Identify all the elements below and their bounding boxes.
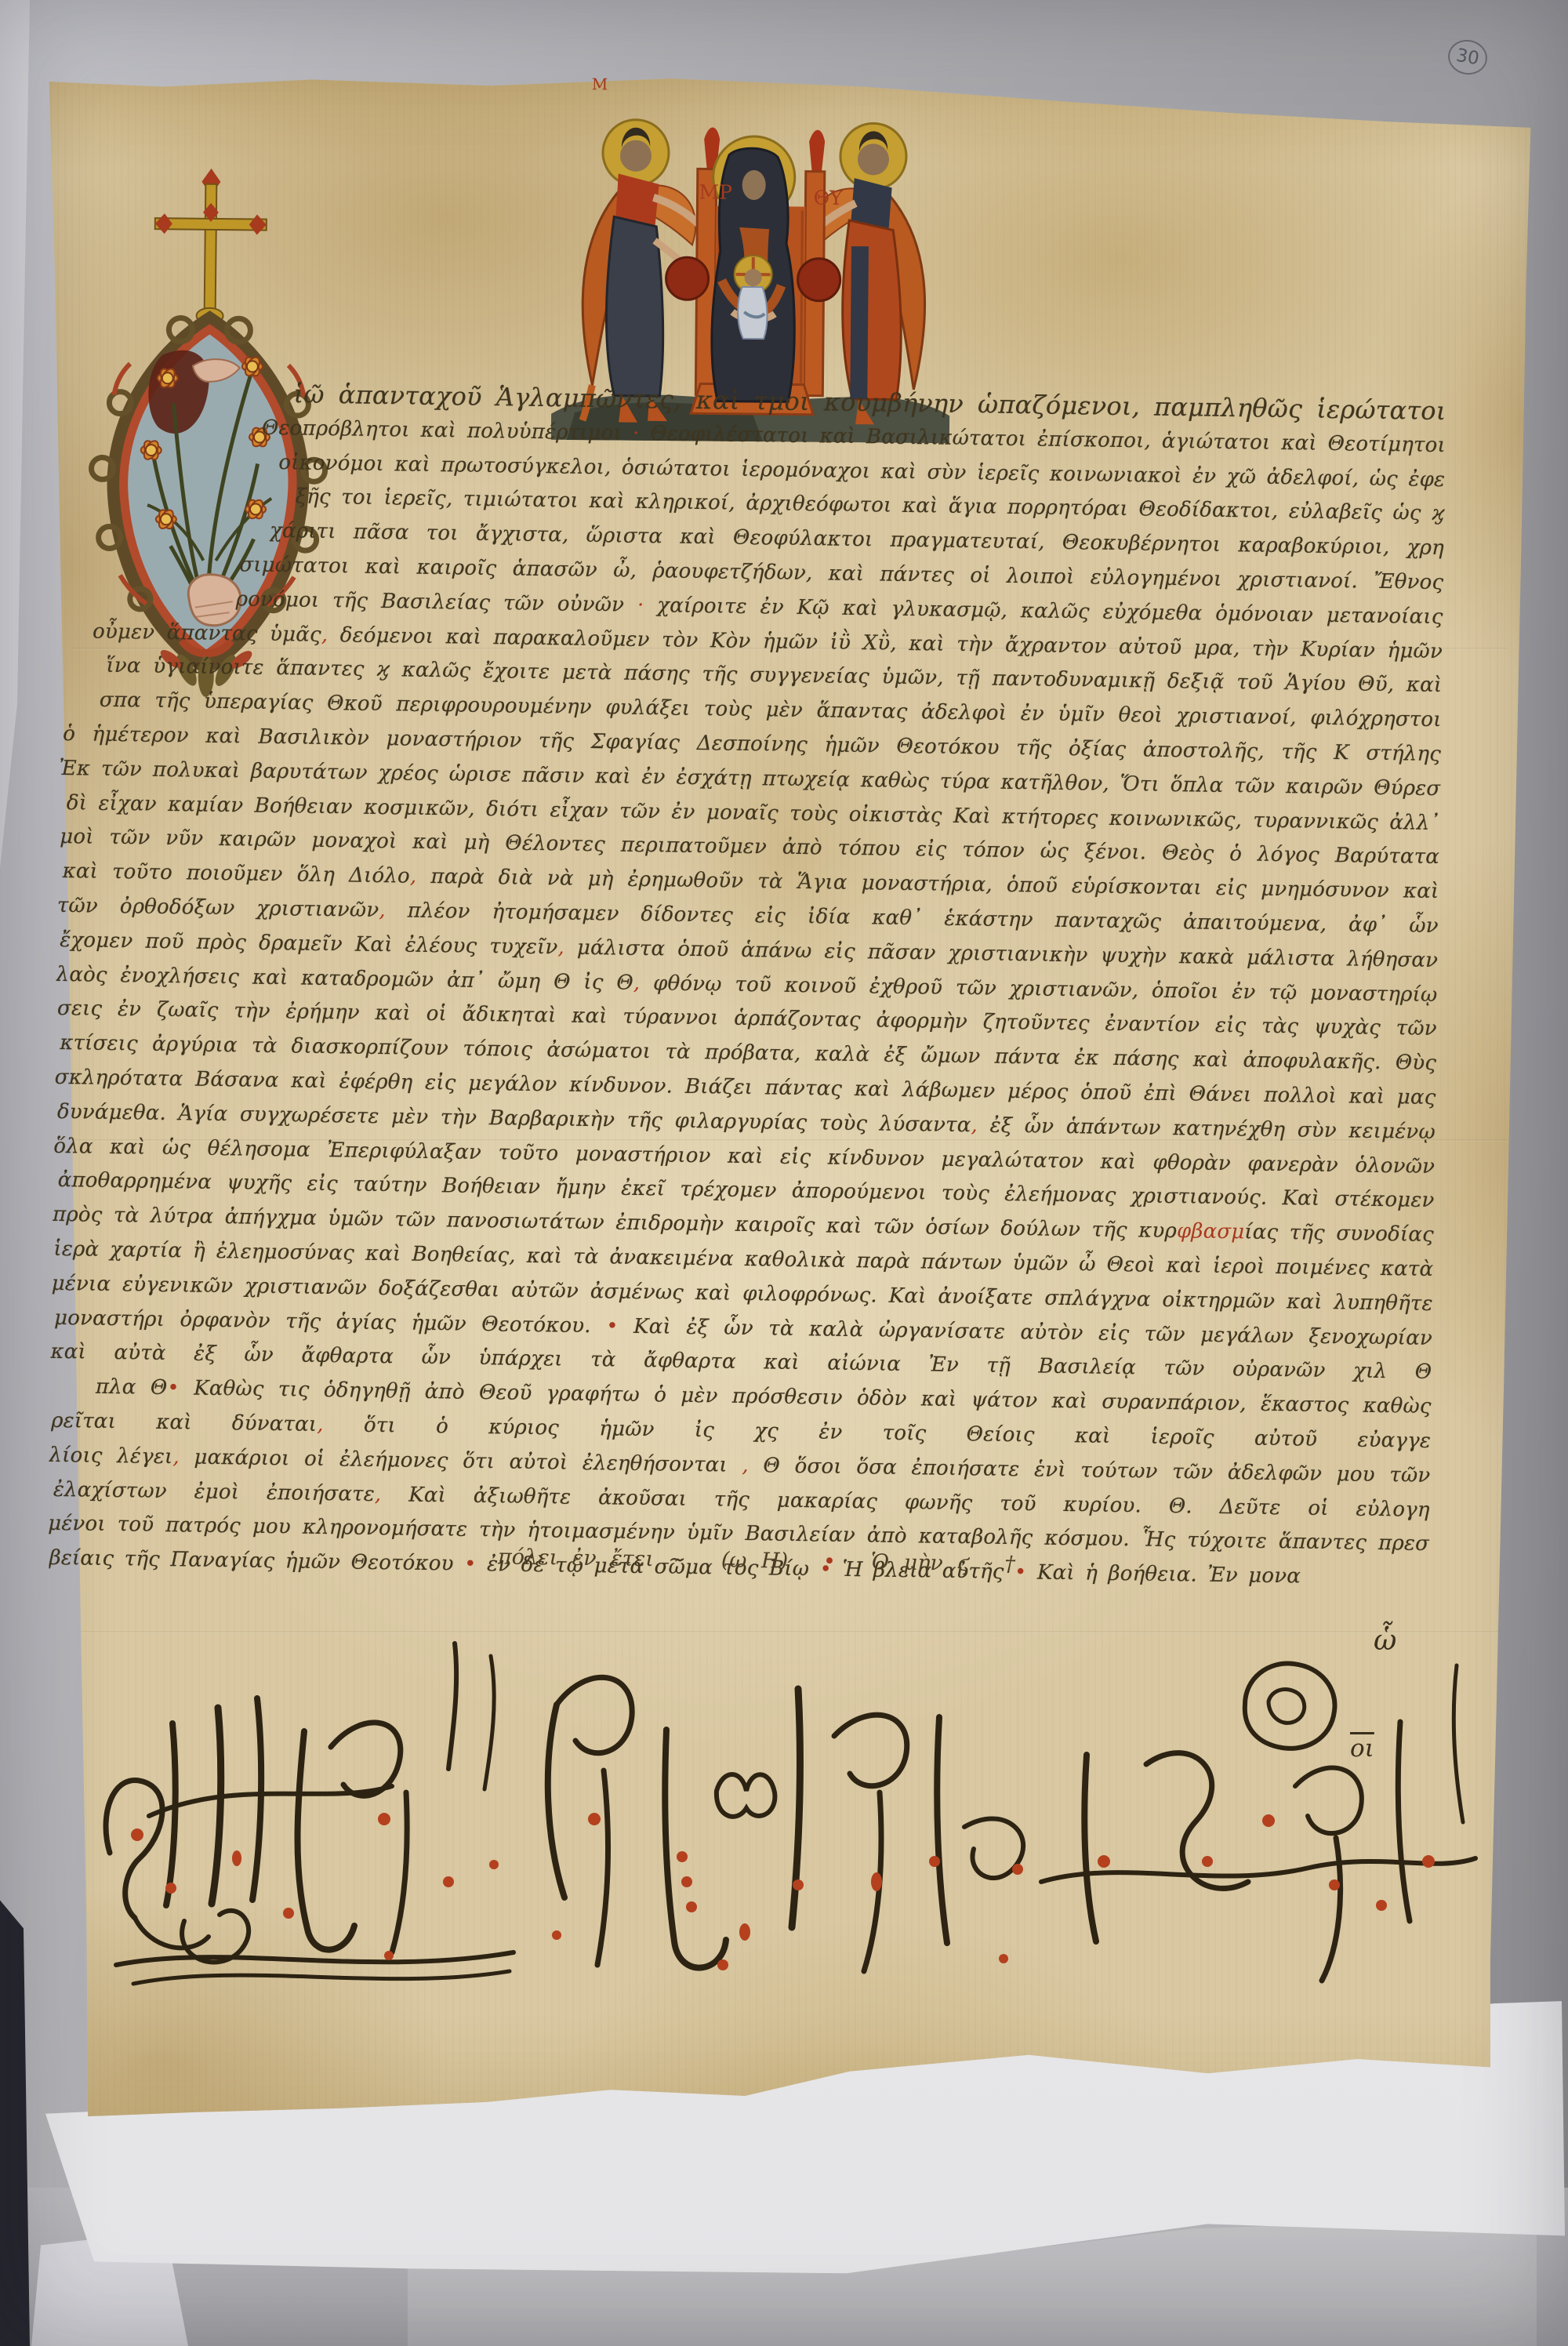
ink-text: τῶν ὀρθοδόξων χριστιανῶν: [57, 894, 379, 922]
ink-text: Θ ὅσοι ὅσα ἐποιήσατε ἑνὶ τούτων τῶν ἀδελ…: [749, 1454, 1431, 1487]
manuscript-text-block: ἱῶ ἁπανταχοῦ Ἁγλαμπῶντες, καὶ τμοι κουμβ…: [47, 374, 1446, 1596]
signature-omega-glyph: ὧ: [1374, 1625, 1396, 1657]
signature-oi-glyph: οι: [1350, 1734, 1374, 1763]
ink-text: †: [1004, 1552, 1015, 1576]
ink-text: (ω Η): [721, 1548, 789, 1573]
ink-text: ἐλαχίστων ἐμοὶ ἐποιήσατε: [53, 1477, 375, 1505]
rubric-text: •: [464, 1552, 477, 1576]
ink-text: καὶ τοῦτο ποιοῦμεν ὅλη Διόλο: [62, 859, 410, 888]
rubric-text: ·: [622, 421, 651, 445]
ink-text: λαὸς ἐνοχλήσεις καὶ καταδρομῶν ἀπ᾽ ὤμη Θ…: [56, 962, 633, 994]
ink-text: πλα Θ: [96, 1375, 168, 1400]
angel-monogram-inscription: Μ: [592, 74, 608, 93]
ink-text: ἐξ ὧν ἁπάντων κατηνέχθη σὺν κειμένῳ: [978, 1113, 1436, 1144]
ink-text: ρεῖται καὶ δύναται: [51, 1409, 318, 1436]
ink-text: πόλει ἐν ἔτει ∼: [498, 1545, 686, 1571]
ink-text: ἔχομεν ποῦ πρὸς δραμεῖν Καὶ ἐλέους τυχεῖ…: [60, 928, 558, 959]
rubric-text: ·: [624, 593, 658, 617]
ink-text: μοναστήρι ὀρφανὸν τῆς ἁγίας ἡμῶν Θεοτόκο…: [54, 1306, 606, 1337]
folio-number: 30: [1454, 45, 1480, 70]
photograph: 30: [0, 0, 1568, 2346]
ink-text: Ὁ μὴν ϛ: [871, 1550, 970, 1576]
ink-text: οὖμεν ἅπαντας ὑμᾶς: [93, 619, 321, 646]
ink-text: βείαις τῆς Παναγίας ἡμῶν Θεοτόκου: [49, 1546, 464, 1576]
rubric-text: φβασμ: [1177, 1219, 1245, 1244]
ink-text: Θεοφιλέστατοι καὶ Βασιλικώτατοι ἐπίσκοπο…: [650, 422, 1446, 457]
thy-inscription: ΘΥ: [813, 187, 843, 209]
cross-finial-icon: [154, 168, 267, 324]
rubric-text: •: [823, 1549, 836, 1574]
ink-text: Θεοπρόβλητοι καὶ πολυὑπέρτιμοι: [262, 416, 622, 445]
folio-number-circle: 30: [1446, 37, 1490, 78]
ink-text: Καὶ ἡ βοήθεια. Ἐν μονα: [1026, 1560, 1301, 1588]
ink-text: λίοις λέγει: [49, 1444, 172, 1469]
rubric-text: •: [167, 1376, 180, 1400]
ink-text: μακάριοι οἱ ἐλεήμονες ὅτι αὐτοὶ ἐλεηθήσο…: [180, 1445, 742, 1477]
signature-flourishes: [55, 1629, 1529, 2006]
rubric-text: •: [606, 1314, 619, 1338]
rubric-text: •: [1014, 1560, 1027, 1584]
mr-inscription: ΜΡ: [699, 180, 732, 203]
ink-text: ρονόμοι τῆς Βασιλείας τῶν οὐνῶν: [236, 587, 625, 616]
